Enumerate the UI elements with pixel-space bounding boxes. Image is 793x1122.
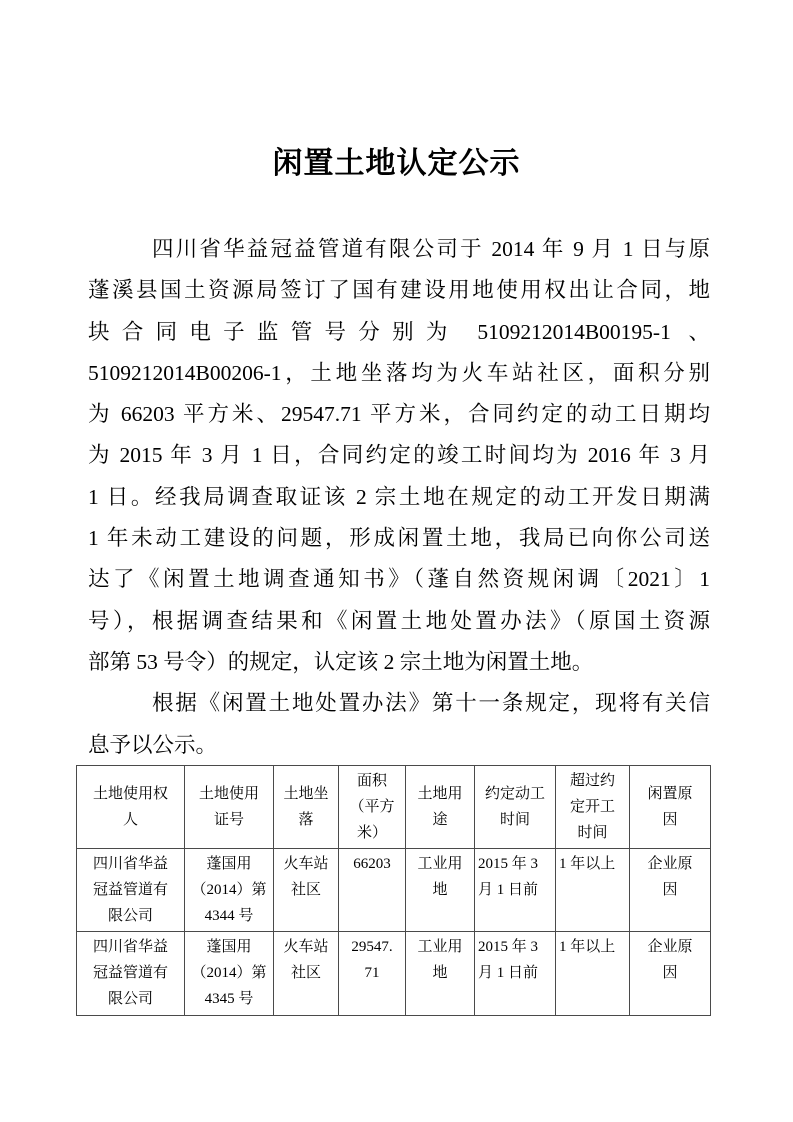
document-line: 5109212014B00206-1，土地坐落均为火车站社区，面积分别 [88,353,710,394]
table-cell: 四川省华益 冠益管道有 限公司 [77,932,185,1016]
document-line: 1 年未动工建设的问题，形成闲置土地，我局已向你公司送 [88,518,710,559]
table-header-cell: 土地坐 落 [274,766,339,849]
table-cell: 1 年以上 [556,932,630,1016]
document-line: 为 2015 年 3 月 1 日，合同约定的竣工时间均为 2016 年 3 月 [88,435,710,476]
table-cell: 四川省华益 冠益管道有 限公司 [77,849,185,932]
table-row: 四川省华益 冠益管道有 限公司蓬国用 （2014）第 4345 号火车站 社区2… [77,932,711,1016]
table-row: 四川省华益 冠益管道有 限公司蓬国用 （2014）第 4344 号火车站 社区6… [77,849,711,932]
table-cell: 29547. 71 [339,932,406,1016]
page: 闲置土地认定公示 四川省华益冠益管道有限公司于 2014 年 9 月 1 日与原… [0,0,793,1122]
document-line: 为 66203 平方米、29547.71 平方米，合同约定的动工日期均 [88,394,710,435]
idle-land-table: 土地使用权 人土地使用 证号土地坐 落面积 （平方 米）土地用 途约定动工 时间… [76,765,711,1016]
table-cell: 蓬国用 （2014）第 4344 号 [185,849,274,932]
document-line: 息予以公示。 [88,725,710,766]
document-line: 号），根据调查结果和《闲置土地处置办法》（原国土资源 [88,601,710,642]
table-header-row: 土地使用权 人土地使用 证号土地坐 落面积 （平方 米）土地用 途约定动工 时间… [77,766,711,849]
table-cell: 火车站 社区 [274,932,339,1016]
document-line: 根据《闲置土地处置办法》第十一条规定，现将有关信 [88,683,710,724]
table-header-cell: 超过约 定开工 时间 [556,766,630,849]
table-cell: 企业原 因 [630,932,711,1016]
table-cell: 66203 [339,849,406,932]
table-cell: 企业原 因 [630,849,711,932]
document-line: 达了《闲置土地调查通知书》（蓬自然资规闲调〔2021〕1 [88,559,710,600]
table-cell: 2015 年 3 月 1 日前 [475,849,556,932]
table-header-cell: 闲置原 因 [630,766,711,849]
table-header-cell: 面积 （平方 米） [339,766,406,849]
table-cell: 火车站 社区 [274,849,339,932]
table-body: 四川省华益 冠益管道有 限公司蓬国用 （2014）第 4344 号火车站 社区6… [77,849,711,1016]
table-cell: 工业用 地 [406,849,475,932]
document-line: 四川省华益冠益管道有限公司于 2014 年 9 月 1 日与原 [88,229,710,270]
table-cell: 蓬国用 （2014）第 4345 号 [185,932,274,1016]
table-header-cell: 土地使用权 人 [77,766,185,849]
document-body: 四川省华益冠益管道有限公司于 2014 年 9 月 1 日与原蓬溪县国土资源局签… [88,229,710,766]
table-header-cell: 土地使用 证号 [185,766,274,849]
document-line: 块合同电子监管号分别为 5109212014B00195-1 、 [88,312,710,353]
table-cell: 工业用 地 [406,932,475,1016]
document-line: 部第 53 号令）的规定，认定该 2 宗土地为闲置土地。 [88,642,710,683]
table-header-cell: 土地用 途 [406,766,475,849]
document-line: 1 日。经我局调查取证该 2 宗土地在规定的动工开发日期满 [88,477,710,518]
table-cell: 2015 年 3 月 1 日前 [475,932,556,1016]
document-line: 蓬溪县国土资源局签订了国有建设用地使用权出让合同，地 [88,270,710,311]
document-title: 闲置土地认定公示 [0,142,793,186]
table-header-cell: 约定动工 时间 [475,766,556,849]
table-cell: 1 年以上 [556,849,630,932]
